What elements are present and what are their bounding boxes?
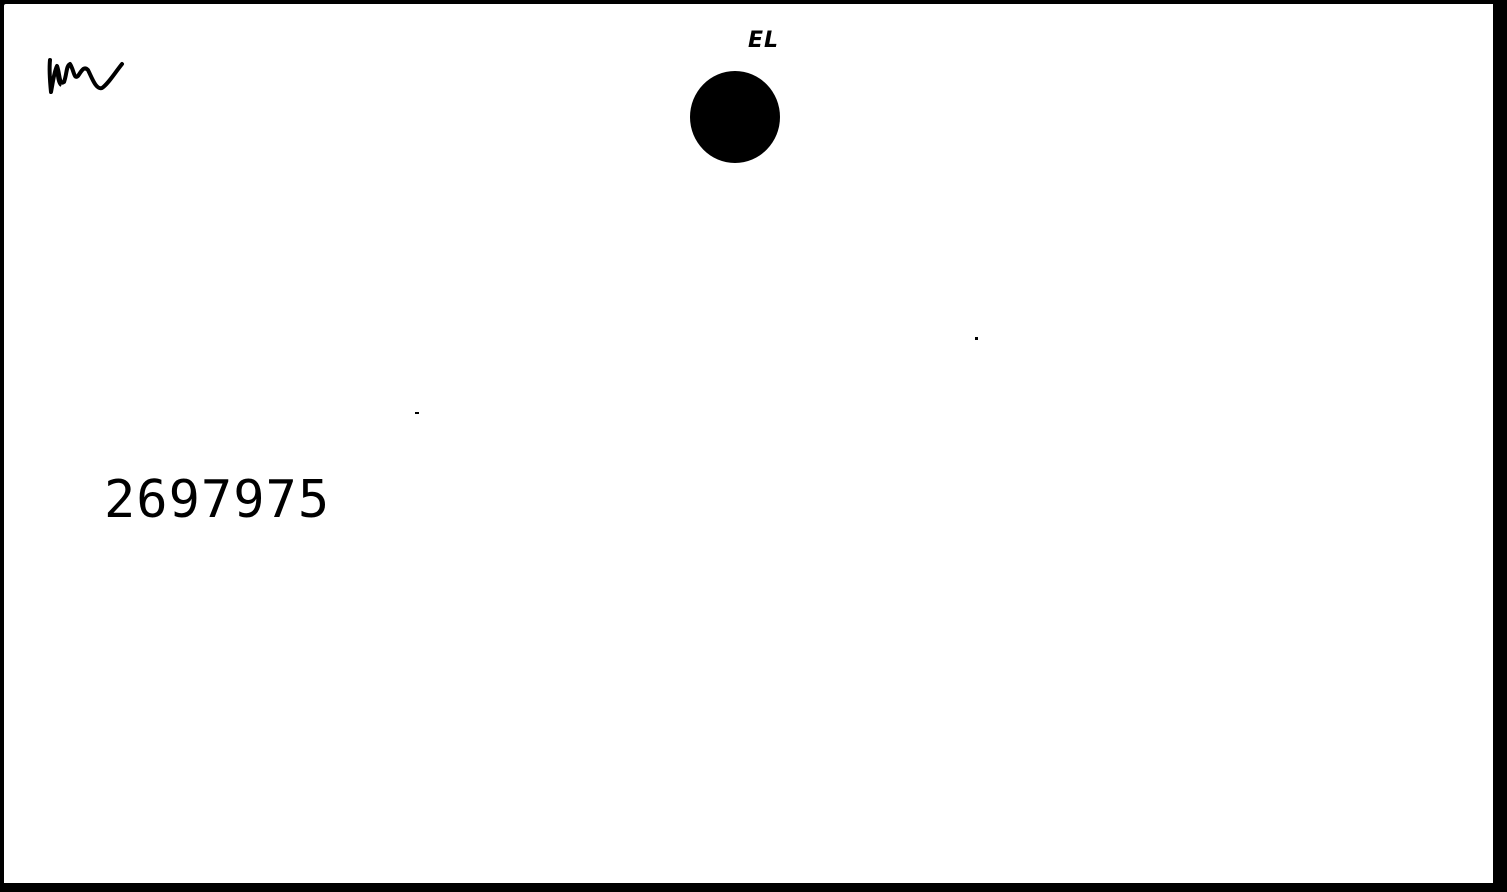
index-card: EL 2697975	[4, 4, 1501, 887]
hole-label: EL	[748, 28, 779, 53]
card-number: 2697975	[104, 474, 330, 526]
handwritten-initials-scribble	[44, 52, 128, 98]
scan-speck	[415, 412, 419, 414]
scan-speck	[975, 337, 978, 340]
card-bottom-edge	[4, 883, 1501, 887]
punched-hole-dot	[690, 71, 780, 163]
